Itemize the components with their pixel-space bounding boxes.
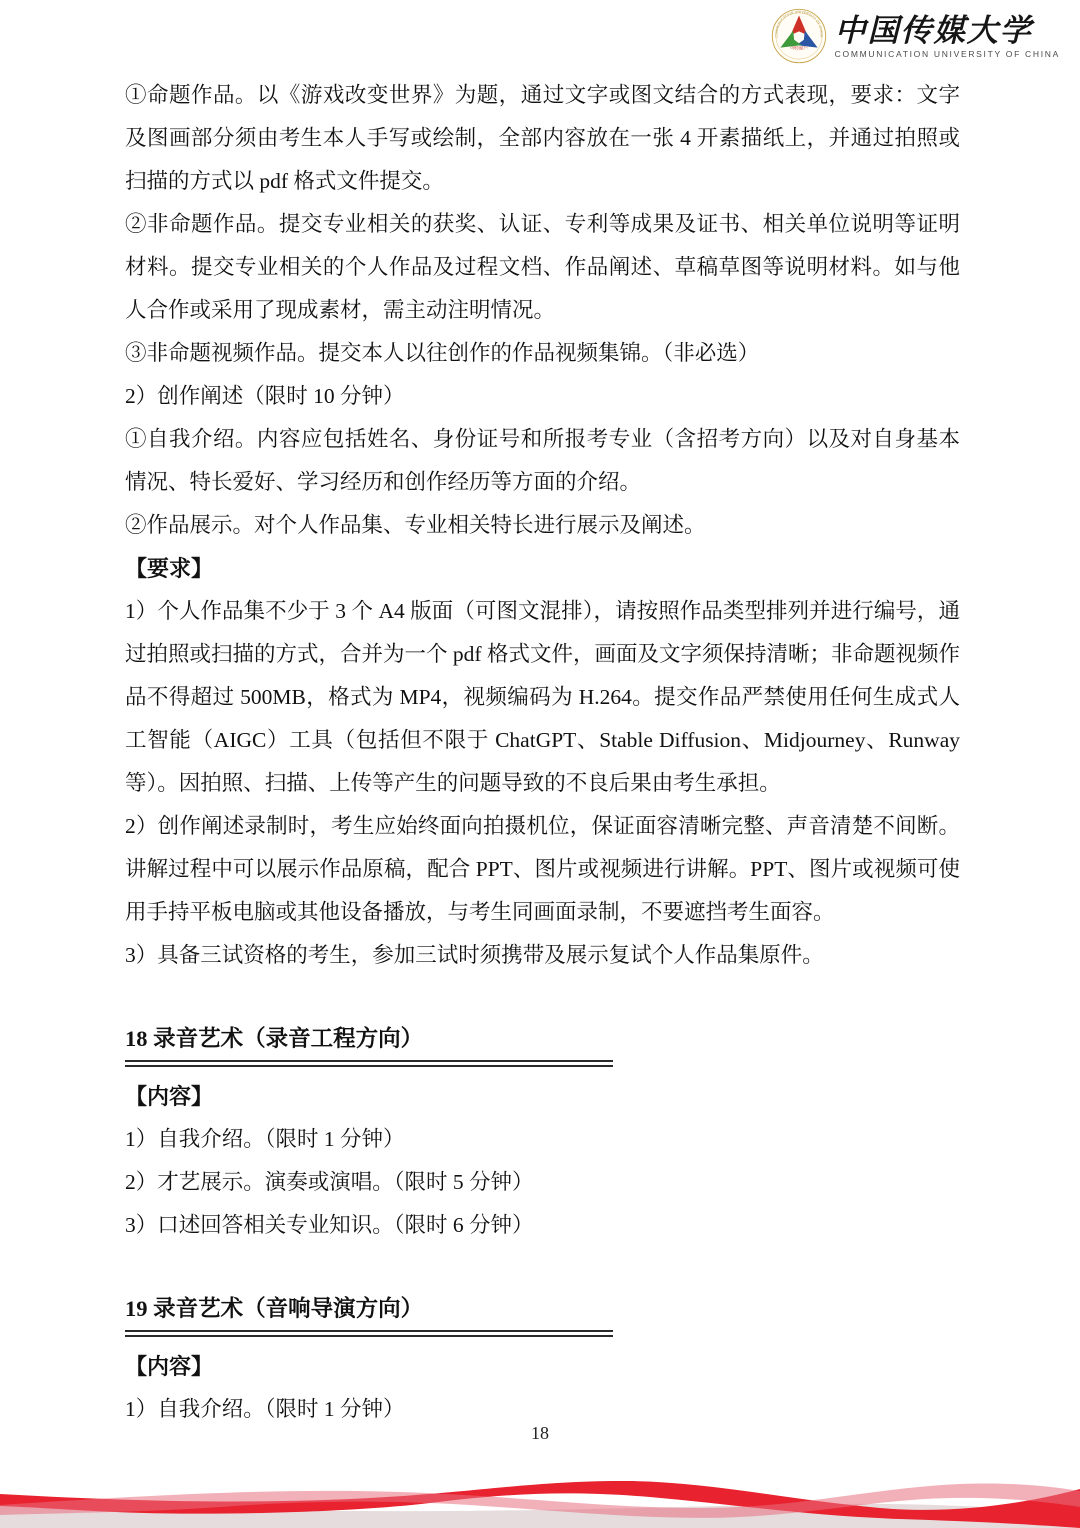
paragraph: ②作品展示。对个人作品集、专业相关特长进行展示及阐述。 [125, 504, 960, 547]
university-emblem-icon: COMMUNICATION UNIVERSITY OF CHINA 中国传媒大学 [771, 8, 827, 64]
university-logo: COMMUNICATION UNIVERSITY OF CHINA 中国传媒大学… [771, 8, 1060, 64]
document-page: COMMUNICATION UNIVERSITY OF CHINA 中国传媒大学… [0, 0, 1080, 1528]
page-number: 18 [0, 1423, 1080, 1444]
paragraph: ③非命题视频作品。提交本人以往创作的作品视频集锦。（非必选） [125, 332, 960, 375]
list-item: 1）自我介绍。（限时 1 分钟） [125, 1118, 960, 1161]
document-body: ①命题作品。以《游戏改变世界》为题，通过文字或图文结合的方式表现，要求：文字及图… [125, 74, 960, 1431]
section-title: 18 录音艺术（录音工程方向） [125, 1023, 960, 1055]
requirement-item: 1）个人作品集不少于 3 个 A4 版面（可图文混排），请按照作品类型排列并进行… [125, 590, 960, 805]
section-title-rule [125, 1330, 613, 1337]
list-item: 2）才艺展示。演奏或演唱。（限时 5 分钟） [125, 1161, 960, 1204]
content-heading: 【内容】 [125, 1075, 960, 1118]
requirement-item: 3）具备三试资格的考生，参加三试时须携带及展示复试个人作品集原件。 [125, 934, 960, 977]
content-heading: 【内容】 [125, 1345, 960, 1388]
requirements-heading: 【要求】 [125, 547, 960, 590]
section-title-rule [125, 1060, 613, 1067]
paragraph: ①命题作品。以《游戏改变世界》为题，通过文字或图文结合的方式表现，要求：文字及图… [125, 74, 960, 203]
university-en-name: COMMUNICATION UNIVERSITY OF CHINA [835, 49, 1060, 59]
university-cn-name: 中国传媒大学 [835, 14, 1033, 48]
section-19: 19 录音艺术（音响导演方向） 【内容】 1）自我介绍。（限时 1 分钟） [125, 1293, 960, 1431]
footer-ribbon [0, 1455, 1080, 1528]
paragraph: ①自我介绍。内容应包括姓名、身份证号和所报考专业（含招考方向）以及对自身基本情况… [125, 418, 960, 504]
requirement-item: 2）创作阐述录制时，考生应始终面向拍摄机位，保证面容清晰完整、声音清楚不间断。讲… [125, 805, 960, 934]
section-18: 18 录音艺术（录音工程方向） 【内容】 1）自我介绍。（限时 1 分钟） 2）… [125, 1023, 960, 1247]
paragraph: 2）创作阐述（限时 10 分钟） [125, 375, 960, 418]
list-item: 3）口述回答相关专业知识。（限时 6 分钟） [125, 1204, 960, 1247]
section-title: 19 录音艺术（音响导演方向） [125, 1293, 960, 1325]
paragraph: ②非命题作品。提交专业相关的获奖、认证、专利等成果及证书、相关单位说明等证明材料… [125, 203, 960, 332]
